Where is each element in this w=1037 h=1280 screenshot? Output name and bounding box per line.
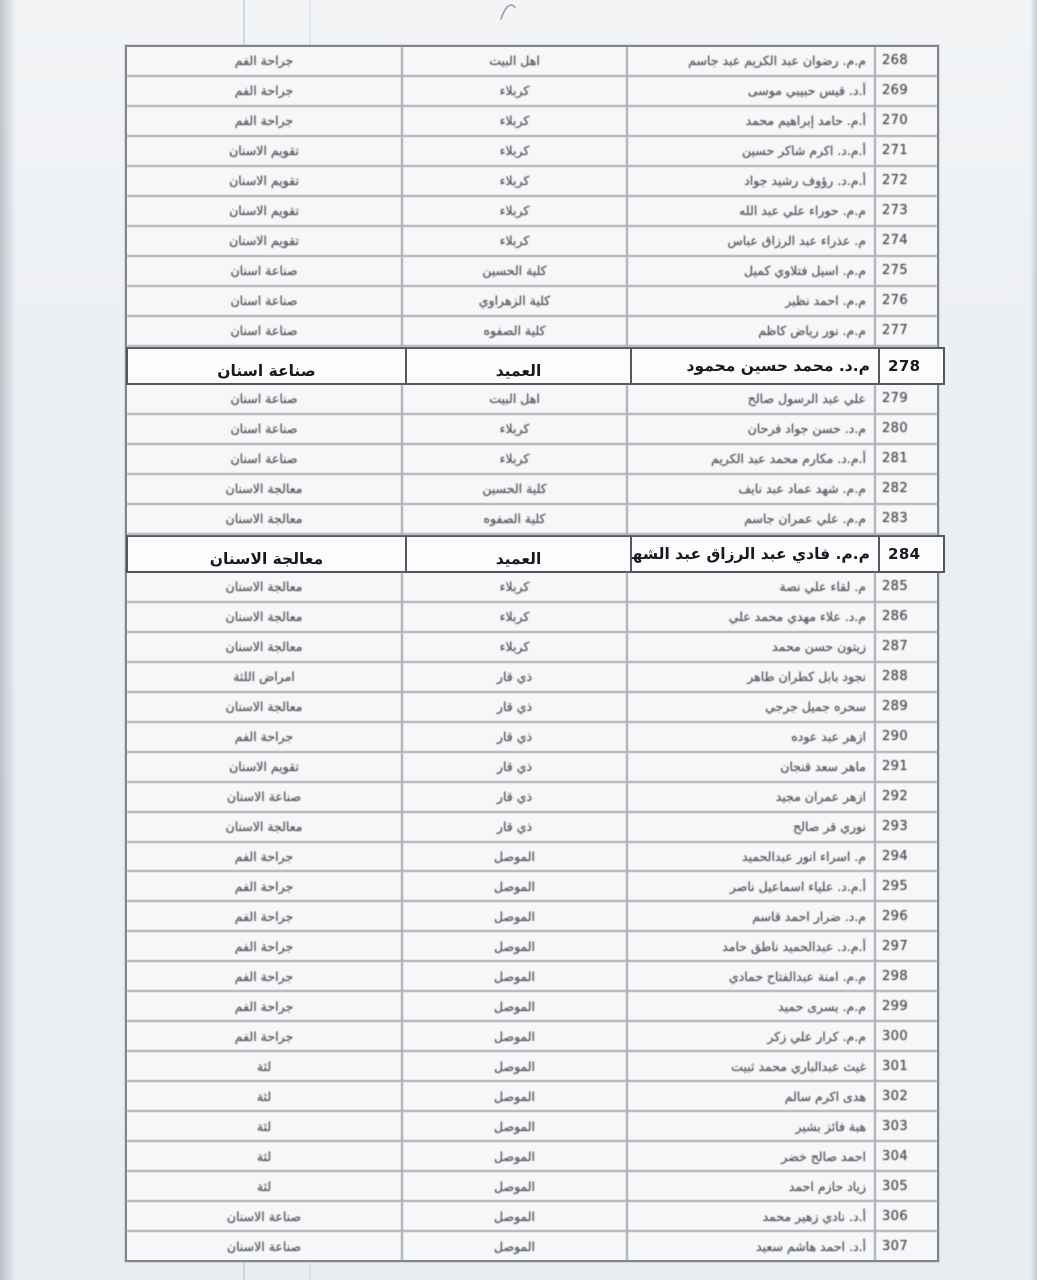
table-body: 268 م.م. رضوان عبد الكريم عبد جاسم اهل ا… <box>127 47 937 1260</box>
cell-institution: كلية الصفوه <box>401 505 626 533</box>
cell-specialty: جراحة الفم <box>127 47 401 75</box>
cell-institution: ذي قار <box>401 723 626 751</box>
page-left-edge-shadow <box>0 0 16 1280</box>
cell-row-number: 286 <box>874 603 937 631</box>
cell-specialty: جراحة الفم <box>127 107 401 135</box>
table-row: 273 م.م. حوراء علي عبد الله كربلاء تقويم… <box>127 197 937 227</box>
cell-row-number: 275 <box>874 257 937 285</box>
table-row: 283 م.م. علي عمران جاسم كلية الصفوه معال… <box>127 505 937 535</box>
table-row: 289 سحره جميل جرجي ذي قار معالجة الاسنان <box>127 693 937 723</box>
cell-row-number: 300 <box>874 1022 937 1050</box>
cell-row-number: 278 <box>878 349 943 383</box>
cell-name: م.م. حوراء علي عبد الله <box>626 197 874 225</box>
cell-name: سحره جميل جرجي <box>626 693 874 721</box>
cell-specialty: معالجة الاسنان <box>127 693 401 721</box>
cell-institution: كربلاء <box>401 445 626 473</box>
cell-name: أ.م.د. اكرم شاكر حسين <box>626 137 874 165</box>
cell-specialty: جراحة الفم <box>127 992 401 1020</box>
cell-institution: ذي قار <box>401 753 626 781</box>
cell-name: هدى اكرم سالم <box>626 1082 874 1110</box>
cell-row-number: 277 <box>874 317 937 345</box>
table-row: 297 أ.م.د. عبدالحميد ناطق حامد الموصل جر… <box>127 932 937 962</box>
pen-mark <box>498 0 522 22</box>
cell-specialty: معالجة الاسنان <box>127 573 401 601</box>
cell-name: م.د. علاء مهدي محمد علي <box>626 603 874 631</box>
table-row: 271 أ.م.د. اكرم شاكر حسين كربلاء تقويم ا… <box>127 137 937 167</box>
table-row: 296 م.د. ضرار احمد قاسم الموصل جراحة الف… <box>127 902 937 932</box>
cell-specialty: تقويم الاسنان <box>127 227 401 255</box>
table-row: 275 م.م. اسيل فتلاوي كميل كلية الحسين صن… <box>127 257 937 287</box>
cell-name: أ.م.د. عبدالحميد ناطق حامد <box>626 932 874 960</box>
cell-name: علي عبد الرسول صالح <box>626 385 874 413</box>
cell-institution: كربلاء <box>401 633 626 661</box>
table-row: 295 أ.م.د. علياء اسماعيل ناصر الموصل جرا… <box>127 872 937 902</box>
cell-name: م.م. نور رياض كاظم <box>626 317 874 345</box>
cell-institution: كربلاء <box>401 603 626 631</box>
cell-row-number: 272 <box>874 167 937 195</box>
cell-row-number: 290 <box>874 723 937 751</box>
table-row: 276 م.م. احمد نظير كلية الزهراوي صناعة ا… <box>127 287 937 317</box>
cell-institution: اهل البيت <box>401 385 626 413</box>
cell-institution: كلية الصفوه <box>401 317 626 345</box>
table-row: 301 غيث عبدالباري محمد ثبيت الموصل لثة <box>127 1052 937 1082</box>
cell-row-number: 288 <box>874 663 937 691</box>
cell-name: أ.د. احمد هاشم سعيد <box>626 1232 874 1260</box>
table-row: 269 أ.د. قيس حبيبي موسى كربلاء جراحة الف… <box>127 77 937 107</box>
cell-institution: الموصل <box>401 1052 626 1080</box>
table-row: 285 م. لقاء علي نصة كربلاء معالجة الاسنا… <box>127 573 937 603</box>
cell-institution: الموصل <box>401 932 626 960</box>
cell-row-number: 292 <box>874 783 937 811</box>
cell-row-number: 303 <box>874 1112 937 1140</box>
cell-institution: كربلاء <box>401 573 626 601</box>
cell-name: هبة فائز بشير <box>626 1112 874 1140</box>
table-row: 293 نوري قر صالح ذي قار معالجة الاسنان <box>127 813 937 843</box>
cell-specialty: صناعة اسنان <box>127 317 401 345</box>
cell-specialty: صناعة اسنان <box>127 257 401 285</box>
cell-institution: كربلاء <box>401 167 626 195</box>
cell-institution: ذي قار <box>401 663 626 691</box>
table-row: 274 م. عذراء عبد الرزاق عباس كربلاء تقوي… <box>127 227 937 257</box>
cell-row-number: 304 <box>874 1142 937 1170</box>
cell-row-number: 274 <box>874 227 937 255</box>
table-row: 305 زياد حازم احمد الموصل لثة <box>127 1172 937 1202</box>
cell-institution: كلية الحسين <box>401 475 626 503</box>
staff-table: 268 م.م. رضوان عبد الكريم عبد جاسم اهل ا… <box>125 45 939 1262</box>
cell-name: م.م. علي عمران جاسم <box>626 505 874 533</box>
cell-specialty: معالجة الاسنان <box>127 505 401 533</box>
cell-institution: العميد <box>405 537 630 571</box>
cell-name: م.م. يسرى حميد <box>626 992 874 1020</box>
cell-row-number: 297 <box>874 932 937 960</box>
cell-institution: الموصل <box>401 902 626 930</box>
cell-institution: كلية الحسين <box>401 257 626 285</box>
cell-name: غيث عبدالباري محمد ثبيت <box>626 1052 874 1080</box>
cell-row-number: 285 <box>874 573 937 601</box>
table-row: 304 احمد صالح خضر الموصل لثة <box>127 1142 937 1172</box>
cell-institution: ذي قار <box>401 813 626 841</box>
cell-name: م.م. امنة عبدالفتاح حمادي <box>626 962 874 990</box>
cell-row-number: 307 <box>874 1232 937 1260</box>
cell-institution: كربلاء <box>401 415 626 443</box>
cell-name: نجود بابل كطران طاهر <box>626 663 874 691</box>
cell-specialty: صناعة اسنان <box>127 445 401 473</box>
table-row: 294 م. اسراء انور عبدالحميد الموصل جراحة… <box>127 843 937 873</box>
cell-name: أ.م.د. مكارم محمد عبد الكريم <box>626 445 874 473</box>
cell-specialty: جراحة الفم <box>127 843 401 871</box>
cell-institution: كربلاء <box>401 227 626 255</box>
cell-row-number: 287 <box>874 633 937 661</box>
cell-row-number: 291 <box>874 753 937 781</box>
table-row: 272 أ.م.د. رؤوف رشيد جواد كربلاء تقويم ا… <box>127 167 937 197</box>
cell-specialty: معالجة الاسنان <box>127 603 401 631</box>
cell-institution: اهل البيت <box>401 47 626 75</box>
page-right-edge-shadow <box>1030 0 1037 1280</box>
table-row: 268 م.م. رضوان عبد الكريم عبد جاسم اهل ا… <box>127 47 937 77</box>
cell-row-number: 306 <box>874 1202 937 1230</box>
cell-name: أ.م.د. رؤوف رشيد جواد <box>626 167 874 195</box>
cell-institution: الموصل <box>401 1022 626 1050</box>
cell-name: م.م. رضوان عبد الكريم عبد جاسم <box>626 47 874 75</box>
cell-name: أ.م. حامد إبراهيم محمد <box>626 107 874 135</box>
cell-specialty: معالجة الاسنان <box>127 813 401 841</box>
table-row: 270 أ.م. حامد إبراهيم محمد كربلاء جراحة … <box>127 107 937 137</box>
cell-name: أ.د. قيس حبيبي موسى <box>626 77 874 105</box>
cell-name: م. عذراء عبد الرزاق عباس <box>626 227 874 255</box>
cell-name: م.م. كرار علي زكر <box>626 1022 874 1050</box>
cell-row-number: 271 <box>874 137 937 165</box>
cell-name: م. اسراء انور عبدالحميد <box>626 843 874 871</box>
cell-name: أ.د. نادي زهير محمد <box>626 1202 874 1230</box>
cell-row-number: 302 <box>874 1082 937 1110</box>
cell-institution: الموصل <box>401 843 626 871</box>
cell-name: ماهر سعد قنجان <box>626 753 874 781</box>
cell-institution: كلية الزهراوي <box>401 287 626 315</box>
cell-row-number: 270 <box>874 107 937 135</box>
cell-row-number: 276 <box>874 287 937 315</box>
cell-specialty: جراحة الفم <box>127 932 401 960</box>
cell-specialty: صناعة اسنان <box>127 385 401 413</box>
table-row: 306 أ.د. نادي زهير محمد الموصل صناعة الا… <box>127 1202 937 1232</box>
cell-row-number: 282 <box>874 475 937 503</box>
table-row: 299 م.م. يسرى حميد الموصل جراحة الفم <box>127 992 937 1022</box>
cell-row-number: 289 <box>874 693 937 721</box>
table-row: 281 أ.م.د. مكارم محمد عبد الكريم كربلاء … <box>127 445 937 475</box>
cell-specialty: صناعة الاسنان <box>127 783 401 811</box>
cell-specialty: معالجة الاسنان <box>128 537 405 571</box>
cell-specialty: صناعة اسنان <box>128 349 405 383</box>
cell-institution: الموصل <box>401 1112 626 1140</box>
cell-institution: ذي قار <box>401 693 626 721</box>
cell-institution: الموصل <box>401 1172 626 1200</box>
cell-row-number: 294 <box>874 843 937 871</box>
cell-name: م.م. شهد عماد عبد نايف <box>626 475 874 503</box>
table-row: 277 م.م. نور رياض كاظم كلية الصفوه صناعة… <box>127 317 937 347</box>
table-row: 287 زيتون حسن محمد كربلاء معالجة الاسنان <box>127 633 937 663</box>
cell-specialty: جراحة الفم <box>127 872 401 900</box>
cell-row-number: 293 <box>874 813 937 841</box>
table-row: 288 نجود بابل كطران طاهر ذي قار امراض ال… <box>127 663 937 693</box>
cell-row-number: 280 <box>874 415 937 443</box>
table-row: 290 ازهر عبد عوده ذي قار جراحة الفم <box>127 723 937 753</box>
cell-specialty: جراحة الفم <box>127 1022 401 1050</box>
table-row: 298 م.م. امنة عبدالفتاح حمادي الموصل جرا… <box>127 962 937 992</box>
cell-name: م.د. حسن جواد فرحان <box>626 415 874 443</box>
table-row: 280 م.د. حسن جواد فرحان كربلاء صناعة اسن… <box>127 415 937 445</box>
cell-row-number: 298 <box>874 962 937 990</box>
cell-name: م. لقاء علي نصة <box>626 573 874 601</box>
cell-name: احمد صالح خضر <box>626 1142 874 1170</box>
cell-row-number: 269 <box>874 77 937 105</box>
cell-row-number: 301 <box>874 1052 937 1080</box>
table-row: 303 هبة فائز بشير الموصل لثة <box>127 1112 937 1142</box>
cell-specialty: لثة <box>127 1082 401 1110</box>
cell-name: نوري قر صالح <box>626 813 874 841</box>
table-row: 291 ماهر سعد قنجان ذي قار تقويم الاسنان <box>127 753 937 783</box>
cell-institution: كربلاء <box>401 197 626 225</box>
table-row: 279 علي عبد الرسول صالح اهل البيت صناعة … <box>127 385 937 415</box>
table-row: 307 أ.د. احمد هاشم سعيد الموصل صناعة الا… <box>127 1232 937 1260</box>
cell-institution: الموصل <box>401 962 626 990</box>
cell-specialty: جراحة الفم <box>127 723 401 751</box>
cell-name: م.م. فادي عبد الرزاق عبد الشهيد <box>630 537 878 571</box>
cell-specialty: صناعة اسنان <box>127 287 401 315</box>
cell-institution: كربلاء <box>401 137 626 165</box>
cell-specialty: لثة <box>127 1142 401 1170</box>
cell-specialty: معالجة الاسنان <box>127 633 401 661</box>
cell-specialty: تقويم الاسنان <box>127 167 401 195</box>
cell-row-number: 281 <box>874 445 937 473</box>
cell-institution: الموصل <box>401 1202 626 1230</box>
cell-specialty: لثة <box>127 1052 401 1080</box>
cell-name: م.م. احمد نظير <box>626 287 874 315</box>
cell-name: ازهر عمران مجيد <box>626 783 874 811</box>
cell-specialty: لثة <box>127 1172 401 1200</box>
cell-specialty: امراض اللثة <box>127 663 401 691</box>
cell-specialty: لثة <box>127 1112 401 1140</box>
cell-specialty: جراحة الفم <box>127 77 401 105</box>
table-row: 300 م.م. كرار علي زكر الموصل جراحة الفم <box>127 1022 937 1052</box>
cell-row-number: 279 <box>874 385 937 413</box>
table-row: 292 ازهر عمران مجيد ذي قار صناعة الاسنان <box>127 783 937 813</box>
cell-institution: الموصل <box>401 872 626 900</box>
cell-specialty: تقويم الاسنان <box>127 137 401 165</box>
cell-institution: العميد <box>405 349 630 383</box>
table-row: 286 م.د. علاء مهدي محمد علي كربلاء معالج… <box>127 603 937 633</box>
table-row: 302 هدى اكرم سالم الموصل لثة <box>127 1082 937 1112</box>
cell-specialty: صناعة اسنان <box>127 415 401 443</box>
cell-name: أ.م.د. علياء اسماعيل ناصر <box>626 872 874 900</box>
cell-specialty: صناعة الاسنان <box>127 1202 401 1230</box>
cell-row-number: 273 <box>874 197 937 225</box>
cell-name: م.د. ضرار احمد قاسم <box>626 902 874 930</box>
cell-row-number: 283 <box>874 505 937 533</box>
table-row: 278 م.د. محمد حسين محمود العميد صناعة اس… <box>126 347 945 385</box>
cell-name: زيتون حسن محمد <box>626 633 874 661</box>
cell-row-number: 299 <box>874 992 937 1020</box>
cell-institution: الموصل <box>401 1082 626 1110</box>
cell-institution: الموصل <box>401 992 626 1020</box>
cell-institution: كربلاء <box>401 107 626 135</box>
cell-name: م.م. اسيل فتلاوي كميل <box>626 257 874 285</box>
cell-specialty: جراحة الفم <box>127 962 401 990</box>
cell-row-number: 296 <box>874 902 937 930</box>
cell-row-number: 284 <box>878 537 943 571</box>
cell-name: زياد حازم احمد <box>626 1172 874 1200</box>
cell-row-number: 295 <box>874 872 937 900</box>
cell-row-number: 305 <box>874 1172 937 1200</box>
table-row: 282 م.م. شهد عماد عبد نايف كلية الحسين م… <box>127 475 937 505</box>
cell-name: ازهر عبد عوده <box>626 723 874 751</box>
cell-specialty: معالجة الاسنان <box>127 475 401 503</box>
scanned-page: 268 م.م. رضوان عبد الكريم عبد جاسم اهل ا… <box>0 0 1037 1280</box>
cell-institution: الموصل <box>401 1142 626 1170</box>
cell-specialty: صناعة الاسنان <box>127 1232 401 1260</box>
cell-institution: ذي قار <box>401 783 626 811</box>
cell-specialty: جراحة الفم <box>127 902 401 930</box>
cell-name: م.د. محمد حسين محمود <box>630 349 878 383</box>
cell-institution: كربلاء <box>401 77 626 105</box>
cell-institution: الموصل <box>401 1232 626 1260</box>
cell-specialty: تقويم الاسنان <box>127 197 401 225</box>
cell-specialty: تقويم الاسنان <box>127 753 401 781</box>
table-row: 284 م.م. فادي عبد الرزاق عبد الشهيد العم… <box>126 535 945 573</box>
cell-row-number: 268 <box>874 47 937 75</box>
